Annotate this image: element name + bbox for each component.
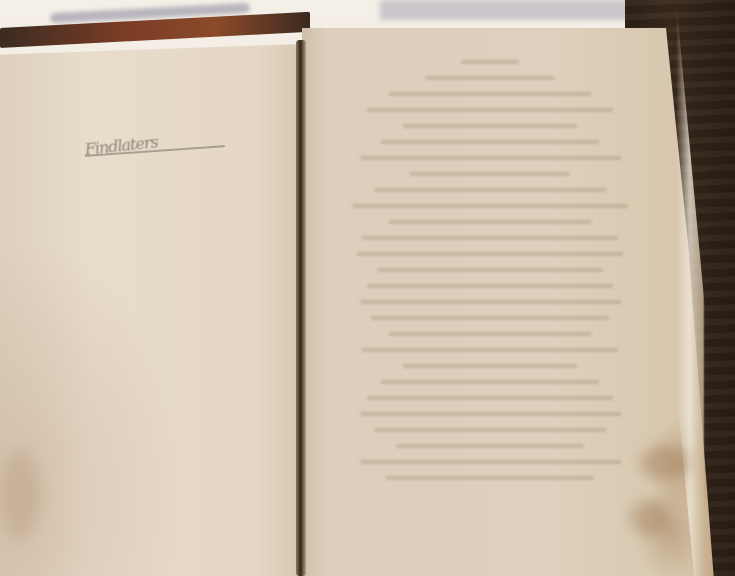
ghost-text-line (360, 300, 621, 304)
ghost-text-line (362, 236, 617, 240)
shadow (380, 0, 650, 20)
book-spine-gutter (296, 40, 306, 576)
ghost-text-line (403, 124, 577, 128)
ghost-text-line (362, 348, 617, 352)
foxing-stain (630, 500, 670, 535)
ghost-text-line (381, 380, 599, 384)
ghost-text-line (374, 428, 606, 432)
ghost-text-line (367, 108, 614, 112)
ghost-text-line (360, 460, 621, 464)
foxing-stain (640, 445, 690, 480)
ghost-text-line (389, 220, 592, 224)
ghost-text-line (389, 92, 592, 96)
faded-title-page-text (345, 60, 635, 492)
ghost-text-line (381, 140, 599, 144)
ghost-text-line (367, 396, 614, 400)
ghost-text-line (377, 268, 603, 272)
ghost-text-line (403, 364, 577, 368)
ghost-text-line (367, 284, 614, 288)
ghost-text-line (425, 76, 556, 80)
ghost-text-line (371, 316, 609, 320)
ghost-text-line (386, 476, 595, 480)
left-page (0, 44, 302, 576)
ghost-text-line (410, 172, 570, 176)
ghost-text-line (360, 412, 621, 416)
ghost-text-line (374, 188, 606, 192)
ghost-text-line (396, 444, 585, 448)
foxing-stain (0, 450, 40, 540)
ghost-text-line (352, 204, 628, 208)
ghost-text-line (357, 252, 624, 256)
ghost-text-line (360, 156, 621, 160)
ghost-text-line (461, 60, 519, 64)
ghost-text-line (389, 332, 592, 336)
